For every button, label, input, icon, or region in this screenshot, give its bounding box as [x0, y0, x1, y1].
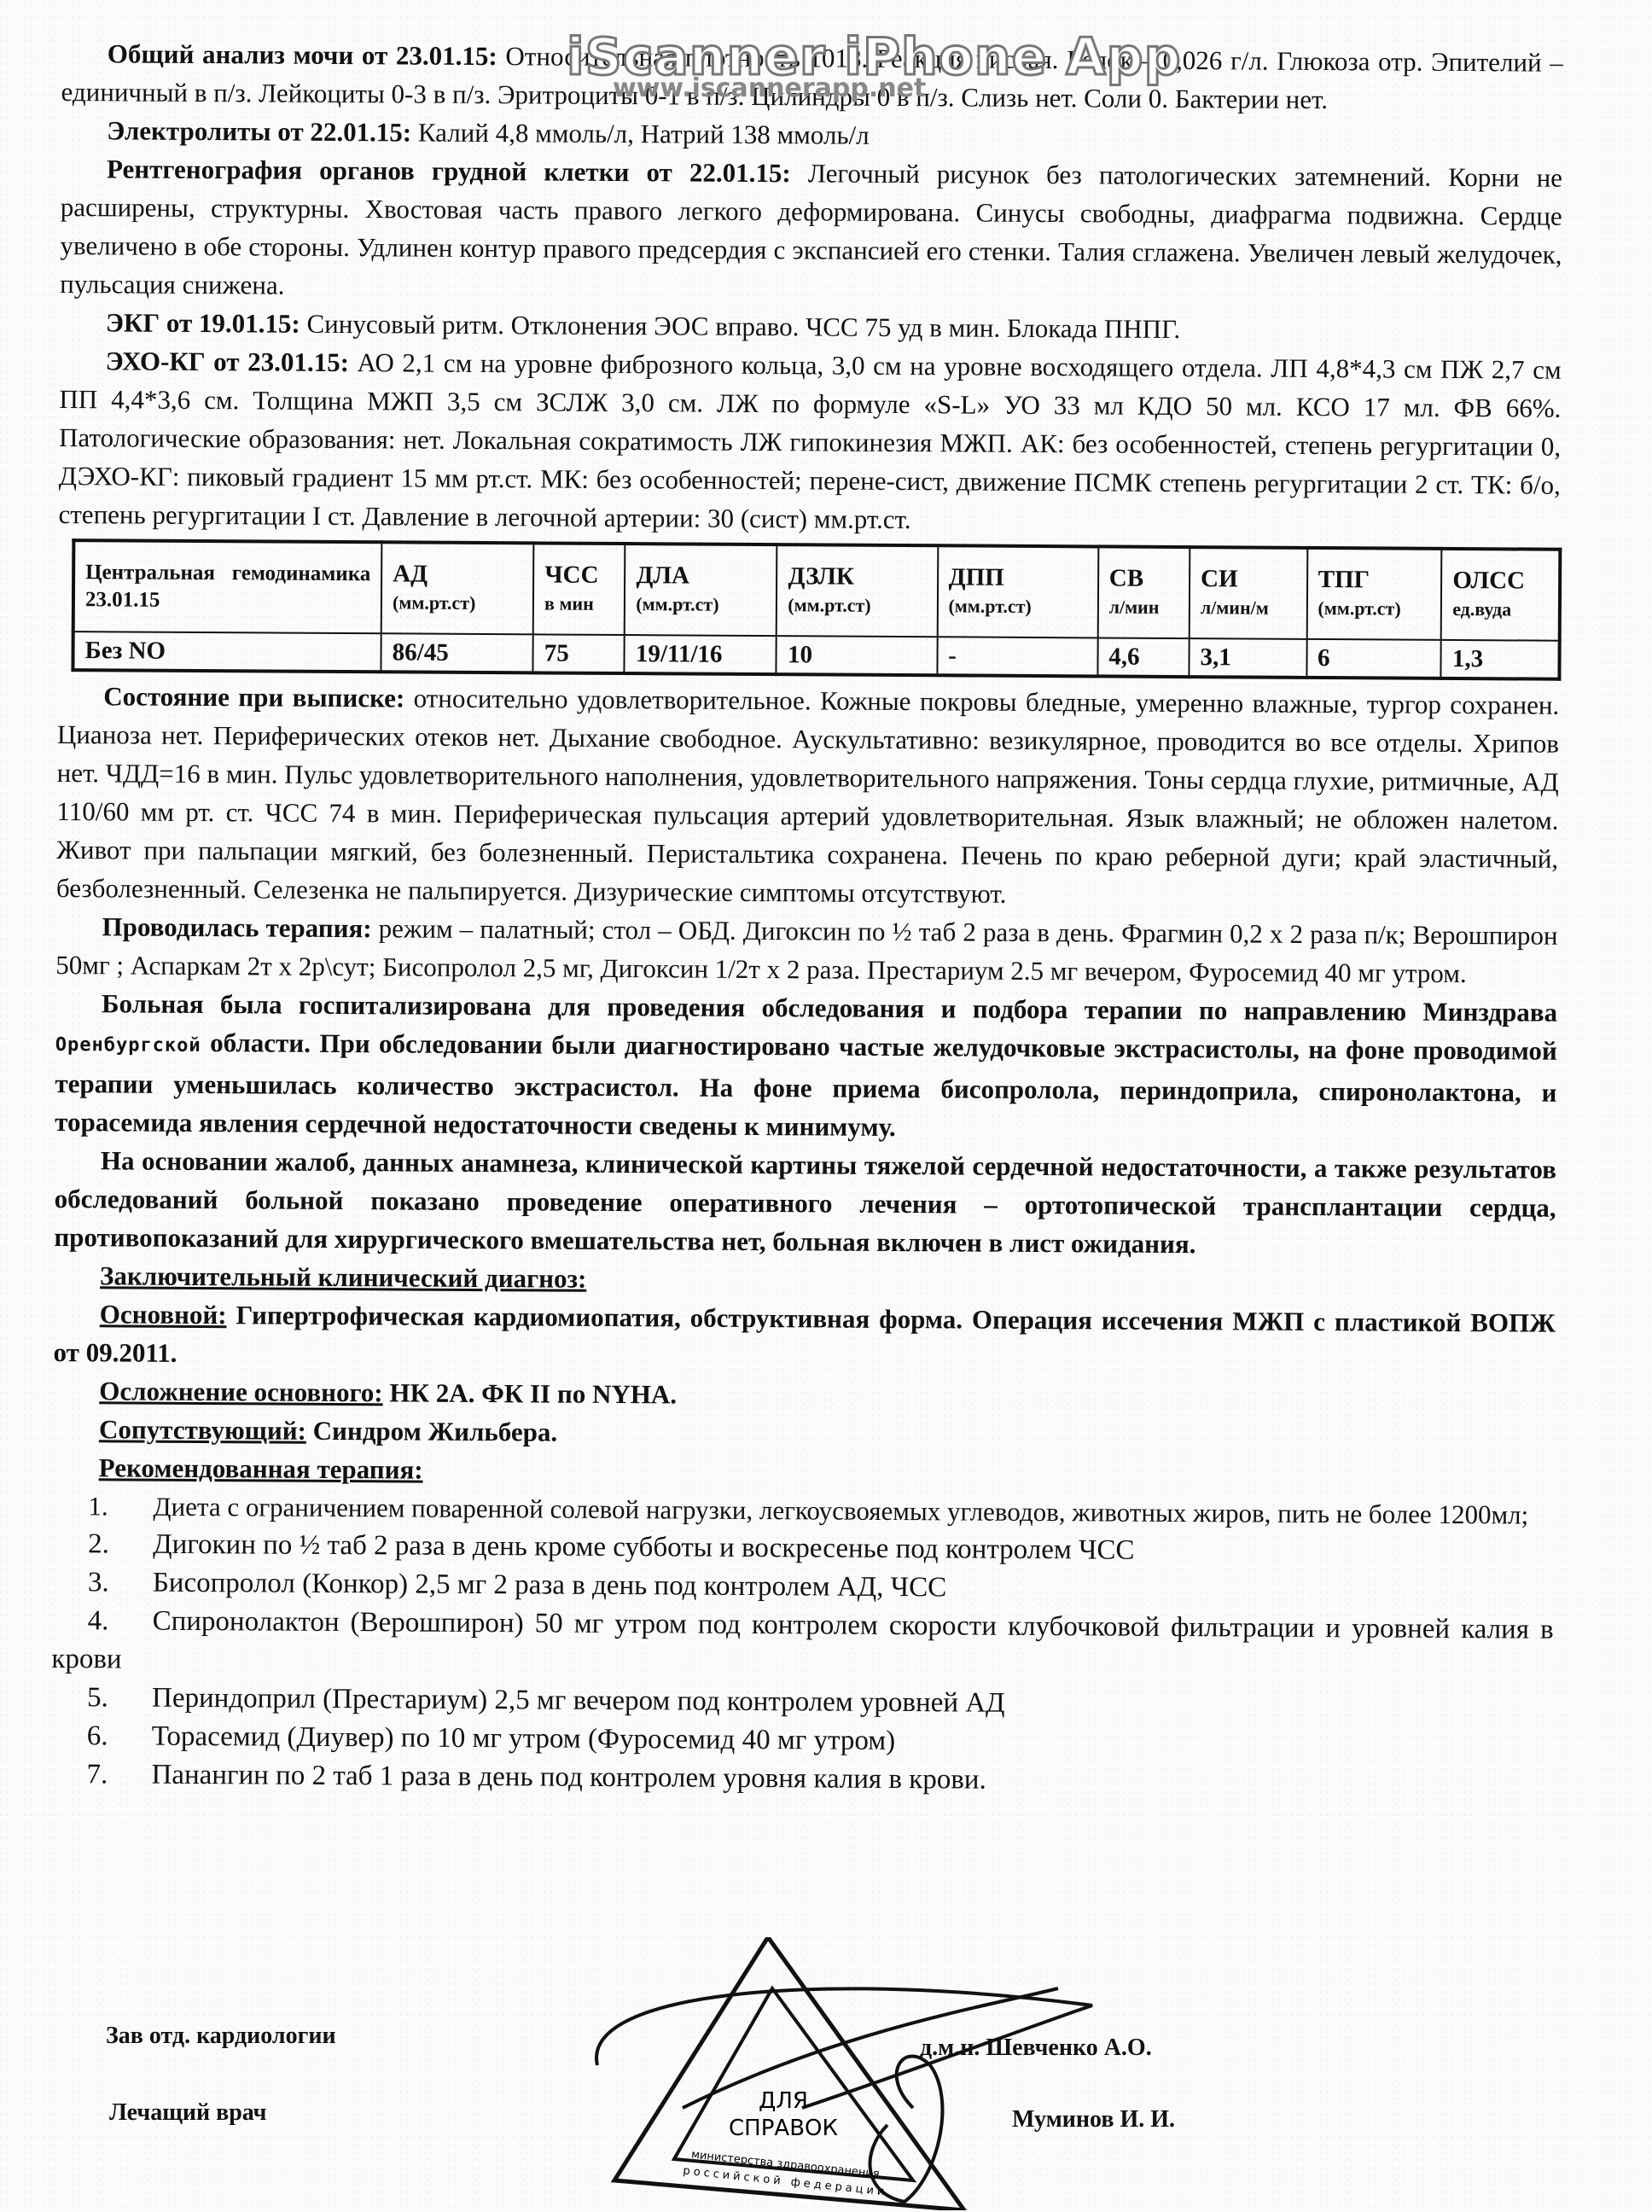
table-header-cell: ЧССв мин — [533, 543, 625, 635]
table-header-cell: СИл/мин/м — [1190, 547, 1307, 639]
summary-hospitalization-paragraph: Больная была госпитализирована для прове… — [55, 984, 1557, 1150]
table-cell: - — [937, 637, 1097, 676]
echo-paragraph: ЭХО-КГ от 23.01.15: АО 2,1 см на уровне … — [58, 341, 1561, 543]
table-row: Без NO 86/45 75 19/11/16 10 - 4,6 3,1 6 … — [73, 632, 1559, 679]
table-header-cell: ДПП(мм.рт.ст) — [937, 545, 1098, 637]
diagnosis-heading: Заключительный клинический диагноз: — [100, 1260, 586, 1293]
table-header-cell: АД(мм.рт.ст) — [381, 542, 534, 634]
summary-text-before: Больная была госпитализирована для прове… — [102, 988, 1557, 1027]
diagnosis-concomitant-label: Сопутствующий: — [99, 1414, 306, 1445]
table-header-cell: ДЛА(мм.рт.ст) — [625, 544, 777, 636]
table-header-cell: СВл/мин — [1097, 546, 1190, 638]
urinalysis-label: Общий анализ мочи от 23.01.15: — [108, 38, 497, 71]
document-body: Общий анализ мочи от 23.01.15: Относител… — [50, 34, 1563, 1803]
discharge-state-paragraph: Состояние при выписке: относительно удов… — [56, 677, 1560, 917]
therapy-given-paragraph: Проводилась терапия: режим – палатный; с… — [55, 907, 1558, 993]
list-item: 4.Спиронолактон (Верошпирон) 50 мг утром… — [51, 1602, 1554, 1688]
ecg-text: Синусовый ритм. Отклонения ЭОС вправо. Ч… — [300, 309, 1181, 344]
recommended-heading: Рекомендованная терапия: — [99, 1452, 423, 1484]
diagnosis-complication-label: Осложнение основного: — [99, 1376, 383, 1407]
scanned-document: Общий анализ мочи от 23.01.15: Относител… — [0, 0, 1652, 2212]
table-cell: 75 — [533, 634, 625, 673]
diagnosis-concomitant-text: Синдром Жильбера. — [306, 1416, 557, 1447]
table-cell: 19/11/16 — [625, 635, 777, 674]
summary-text-after: области. При обследовании были диагности… — [55, 1027, 1557, 1142]
stamp-center-line2: СПРАВОК — [729, 2116, 838, 2141]
electrolytes-label: Электролиты от 22.01.15: — [107, 115, 411, 147]
echo-label: ЭХО-КГ от 23.01.15: — [106, 346, 350, 377]
list-item: 7.Панангин по 2 таб 1 раза в день под ко… — [50, 1755, 1552, 1803]
summary-transplant-paragraph: На основании жалоб, данных анамнеза, кли… — [54, 1141, 1556, 1266]
diagnosis-main-text: Гипертрофическая кардиомиопатия, обструк… — [53, 1300, 1555, 1368]
table-header-cell: Центральная гемодинамика 23.01.15 — [73, 540, 382, 633]
recommended-list: 1.Диета с ограничением поваренной солево… — [50, 1487, 1554, 1803]
table-cell: 6 — [1306, 639, 1441, 678]
table-cell: Без NO — [73, 632, 381, 672]
handwritten-region: Оренбургской — [55, 1034, 201, 1057]
table-header-cell: ОЛССед.вуда — [1441, 549, 1560, 641]
diagnosis-main: Основной: Гипертрофическая кардиомиопати… — [53, 1295, 1556, 1381]
diagnosis-complication-text: НК 2А. ФК II по NYHA. — [383, 1377, 678, 1409]
watermark-url: www.iscannerapp.net — [613, 73, 926, 103]
official-stamp: ДЛЯ СПРАВОК министерства здравоохранения… — [580, 1937, 1109, 2210]
table-header-cell: ТПГ(мм.рт.ст) — [1306, 548, 1441, 640]
discharge-state-label: Состояние при выписке: — [103, 681, 404, 713]
table-header-row: Центральная гемодинамика 23.01.15 АД(мм.… — [73, 540, 1561, 641]
hemodynamics-table: Центральная гемодинамика 23.01.15 АД(мм.… — [71, 538, 1562, 681]
table-cell: 86/45 — [381, 633, 533, 672]
attending-doctor-label: Лечащий врач — [109, 2099, 266, 2127]
discharge-state-text: относительно удовлетворительное. Кожные … — [56, 683, 1560, 908]
table-cell: 10 — [777, 636, 937, 675]
xray-label: Рентгенография органов грудной клетки от… — [107, 154, 791, 188]
table-header-cell: ДЗЛК(мм.рт.ст) — [777, 544, 938, 637]
table-cell: 3,1 — [1189, 638, 1306, 678]
xray-paragraph: Рентгенография органов грудной клетки от… — [60, 149, 1562, 312]
table-cell: 1,3 — [1441, 640, 1560, 679]
table-cell: 4,6 — [1097, 637, 1189, 677]
ecg-label: ЭКГ от 19.01.15: — [106, 307, 300, 338]
electrolytes-text: Калий 4,8 ммоль/л, Натрий 138 ммоль/л — [411, 118, 870, 150]
head-of-department-label: Зав отд. кардиологии — [106, 2023, 336, 2050]
therapy-given-label: Проводилась терапия: — [102, 911, 372, 943]
diagnosis-main-label: Основной: — [100, 1299, 227, 1330]
stamp-center-line1: ДЛЯ — [759, 2088, 808, 2114]
